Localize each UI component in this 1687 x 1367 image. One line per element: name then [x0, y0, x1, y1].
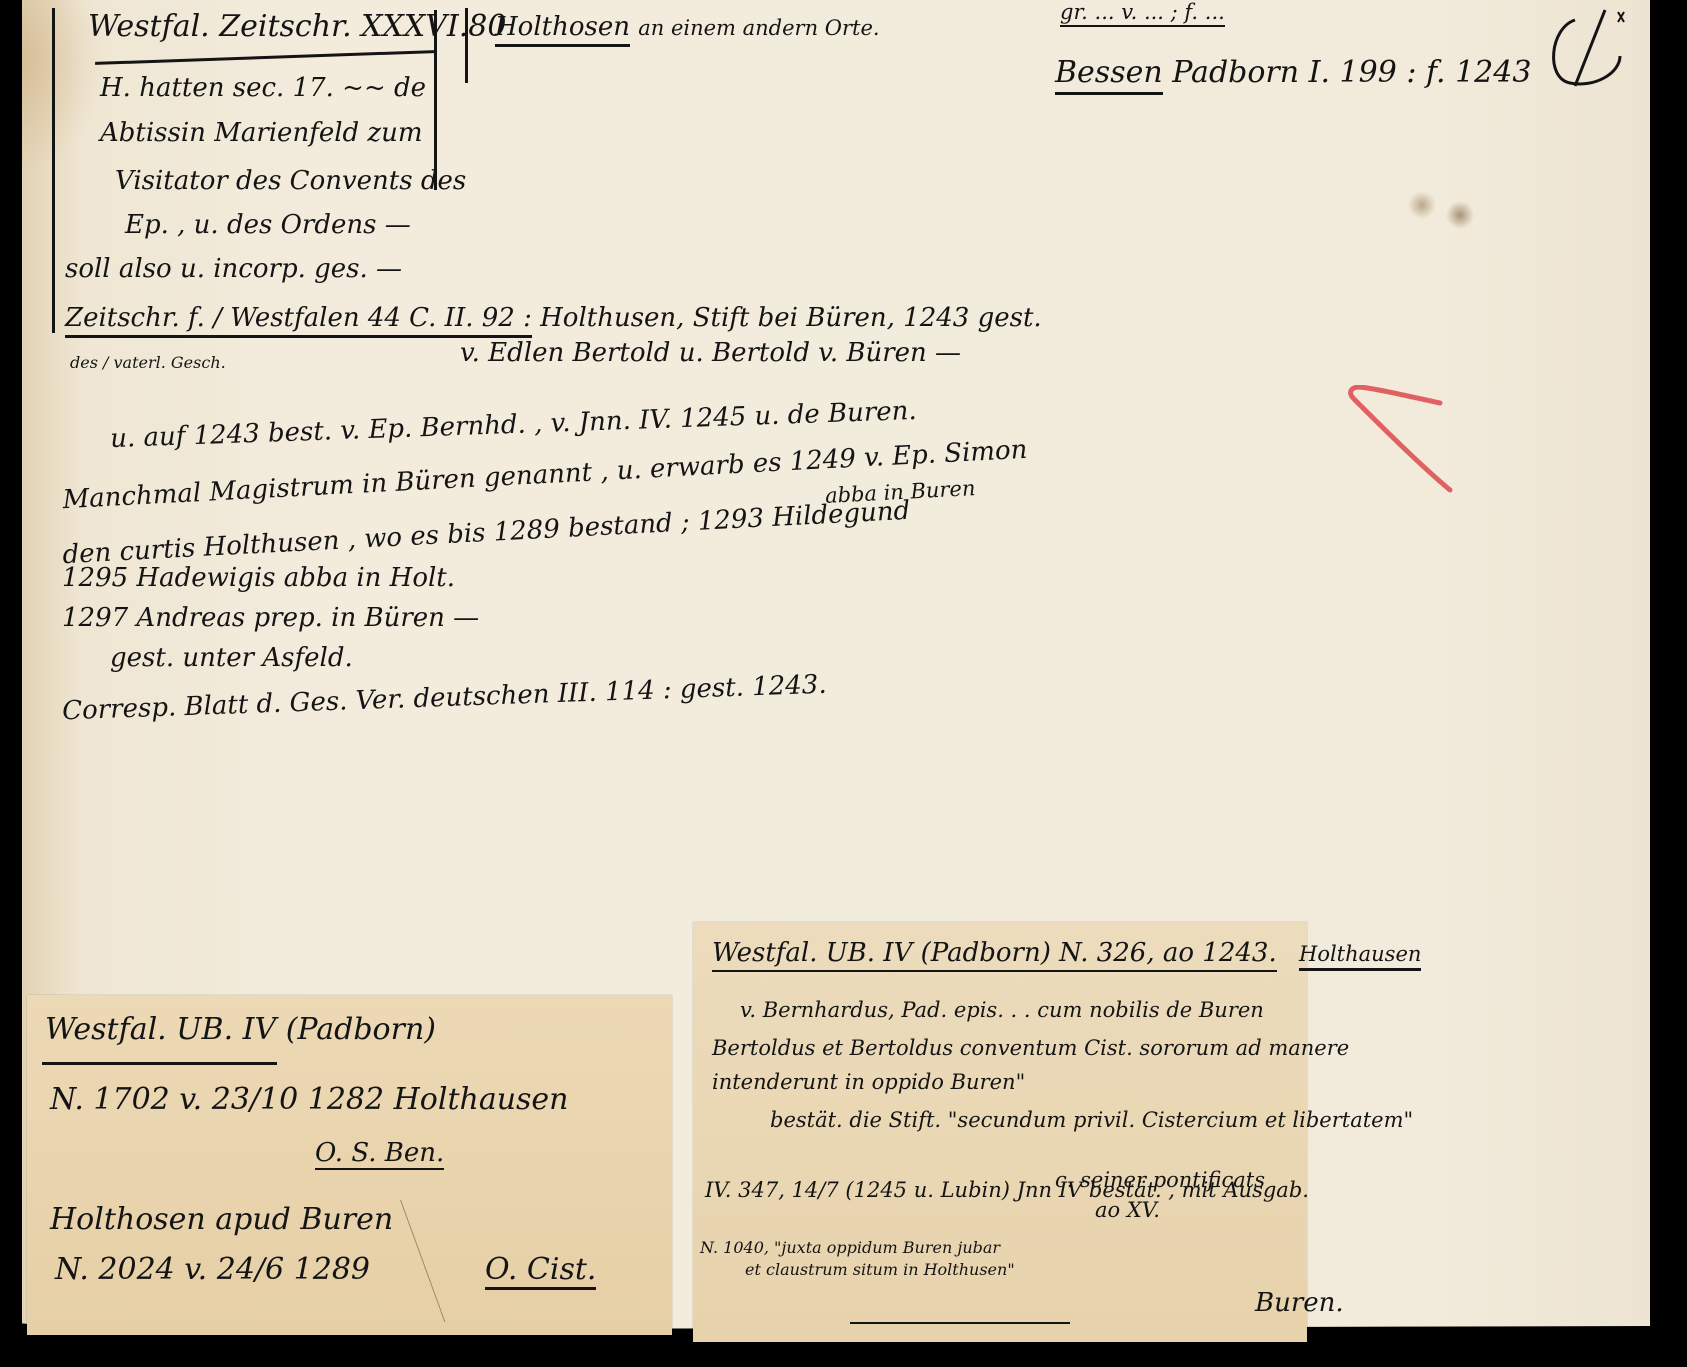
body-line-1-text: Holthusen, Stift bei Büren, 1243 gest.	[540, 303, 1042, 333]
slip-left-line-2: Holthosen apud Buren	[50, 1205, 393, 1235]
box-heading: Westfal. Zeitschr. XXXVI.80	[88, 12, 506, 42]
pasted-slip-right	[693, 922, 1307, 1342]
box-line-1: H. hatten sec. 17. ~~ de	[100, 75, 426, 101]
slip-left-heading: Westfal. UB. IV (Padborn)	[45, 1015, 436, 1045]
center-note-heading: Holthosen	[495, 12, 630, 47]
body-line-8: 1297 Andreas prep. in Büren —	[62, 605, 479, 631]
slip-right-heading-row: Westfal. UB. IV (Padborn) N. 326, ao 124…	[712, 940, 1421, 966]
body-line-7: 1295 Hadewigis abba in Holt.	[62, 565, 455, 591]
slip-right-heading: Westfal. UB. IV (Padborn) N. 326, ao 124…	[712, 938, 1277, 972]
slip-left-line-3: N. 2024 v. 24/6 1289	[55, 1255, 370, 1285]
red-check-mark-icon	[1340, 385, 1480, 495]
slip-left-line-1: N. 1702 v. 23/10 1282 Holthausen	[50, 1085, 569, 1115]
box-line-2: Abtissin Marienfeld zum	[100, 120, 423, 146]
body-line-1-prefix: Zeitschr. f. / Westfalen 44 C. II. 92 :	[65, 303, 532, 338]
citation: Padborn I. 199 : f. 1243	[1172, 55, 1531, 90]
slip-right-line-2: Bertoldus et Bertoldus conventum Cist. s…	[712, 1038, 1349, 1059]
slip-right-line-3: intenderunt in oppido Buren"	[712, 1072, 1025, 1093]
slip-right-bottom-flourish	[850, 1322, 1070, 1324]
box-line-3: Visitator des Convents des	[115, 168, 466, 194]
slip-right-signature: Buren.	[1255, 1290, 1344, 1316]
circle-c-mark-icon	[1540, 8, 1640, 98]
slip-right-heading-tag: Holthausen	[1299, 942, 1421, 971]
body-line-2: v. Edlen Bertold u. Bertold v. Büren —	[460, 340, 961, 366]
slip-right-line-1: v. Bernhardus, Pad. epis. . . cum nobili…	[740, 1000, 1264, 1021]
top-right-line-1: gr. ... v. ... ; f. ...	[1060, 2, 1225, 27]
slip-right-line-6: N. 1040, "juxta oppidum Buren jubar	[700, 1240, 1000, 1256]
body-line-2-prefix: des / vaterl. Gesch.	[70, 355, 226, 371]
center-note: Holthosen an einem andern Orte.	[495, 14, 880, 40]
body-line-1: Zeitschr. f. / Westfalen 44 C. II. 92 : …	[65, 305, 1042, 331]
slip-right-line-4: bestät. die Stift. "secundum privil. Cis…	[770, 1110, 1413, 1131]
slip-left-heading-underline	[42, 1062, 277, 1065]
slip-left-line-1-sub: O. S. Ben.	[315, 1140, 444, 1170]
box-line-4: Ep. , u. des Ordens —	[125, 212, 411, 238]
body-line-9: gest. unter Asfeld.	[110, 645, 353, 671]
left-bracket-line	[52, 8, 55, 333]
center-bracket-line	[465, 8, 468, 83]
slip-right-margin-note-sub: ao XV.	[1095, 1200, 1160, 1221]
top-right-line-2: Bessen Padborn I. 199 : f. 1243	[1055, 58, 1531, 88]
box-line-5: soll also u. incorp. ges. —	[65, 256, 402, 282]
author-name: Bessen	[1055, 55, 1163, 95]
slip-right-line-7: et claustrum situm in Holthusen"	[745, 1262, 1015, 1278]
slip-left-order-tag: O. Cist.	[485, 1255, 596, 1290]
center-note-rest: an einem andern Orte.	[638, 16, 879, 40]
slip-right-margin-note: c. seiner pontificats	[1055, 1170, 1265, 1191]
